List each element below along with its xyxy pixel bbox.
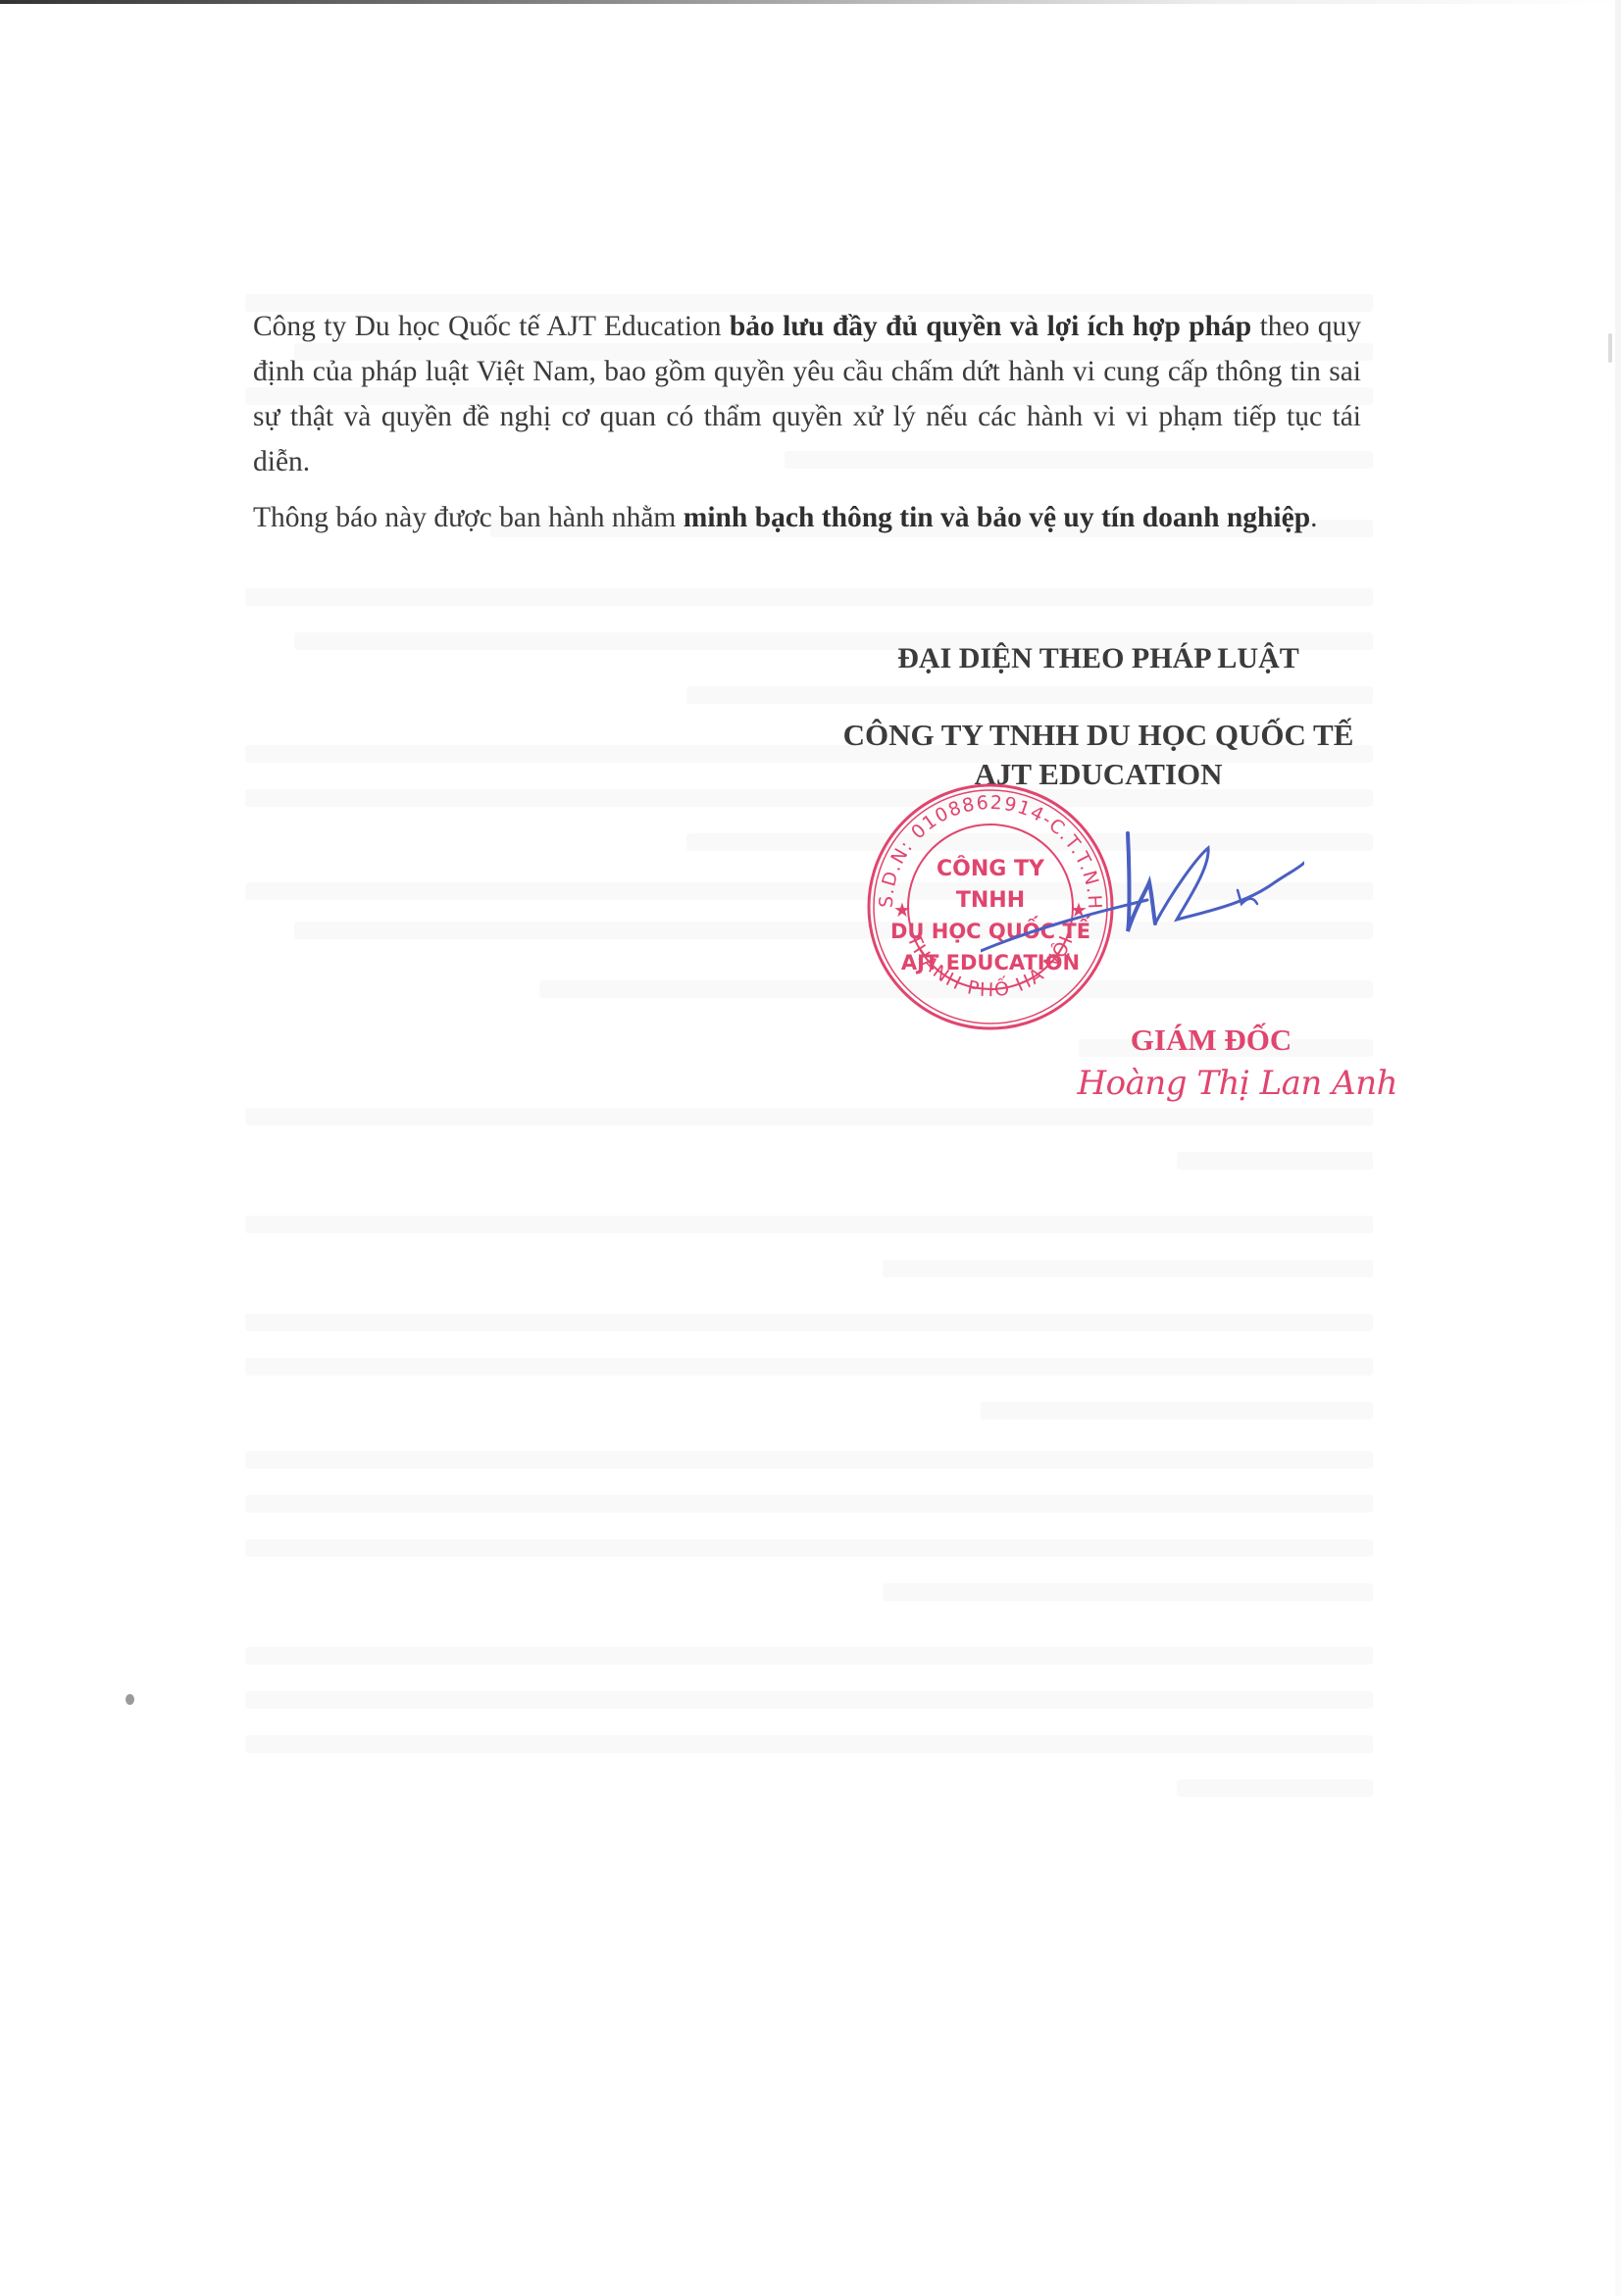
signer-name: Hoàng Thị Lan Anh: [1074, 1064, 1397, 1103]
scan-edge-right: [1615, 0, 1621, 2296]
handwritten-signature: [981, 814, 1304, 961]
svg-text:★: ★: [893, 898, 911, 922]
paragraph-purpose: Thông báo này được ban hành nhằm minh bạ…: [253, 495, 1361, 540]
paragraph-rights: Công ty Du học Quốc tế AJT Education bảo…: [253, 304, 1361, 484]
body-text: Công ty Du học Quốc tế AJT Education: [253, 311, 730, 342]
emphasis-text: minh bạch thông tin và bảo vệ uy tín doa…: [684, 502, 1310, 533]
company-name-line1: CÔNG TY TNHH DU HỌC QUỐC TẾ: [824, 716, 1373, 755]
emphasis-text: bảo lưu đầy đủ quyền và lợi ích hợp pháp: [730, 311, 1251, 342]
body-text: Thông báo này được ban hành nhằm: [253, 502, 684, 533]
scan-speck: [1608, 333, 1612, 363]
signer-position: GIÁM ĐỐC: [1113, 1023, 1309, 1058]
signature-title: ĐẠI DIỆN THEO PHÁP LUẬT: [824, 642, 1373, 675]
scan-edge: [0, 0, 1621, 4]
scan-speck: [126, 1694, 134, 1705]
body-text: .: [1310, 502, 1317, 533]
reverse-side-showthrough: [245, 294, 1373, 1961]
